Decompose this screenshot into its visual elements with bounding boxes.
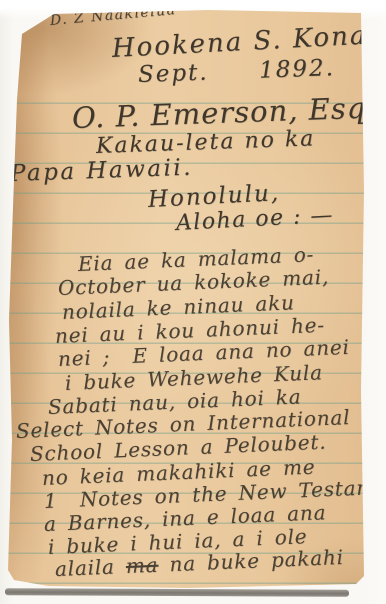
recipient-org-line: Papa Hawaii. — [10, 157, 194, 186]
salutation: Aloha oe : — — [175, 205, 334, 235]
letter-paper: D. Z Naakielua Hookena S. Kona Sept. 189… — [8, 10, 364, 588]
strikethrough-word: ma — [125, 553, 158, 578]
body-line-text: alaila — [54, 554, 126, 581]
paper-bottom-edge-shadow — [5, 588, 349, 597]
recipient-name: O. P. Emerson, Esq — [71, 94, 366, 133]
recipient-role-line: Kakau-leta no ka — [96, 128, 316, 158]
dateline-date: Sept. 1892. — [138, 57, 336, 87]
annotation-name: D. Z Naakielua — [49, 3, 177, 28]
scan-background: D. Z Naakielua Hookena S. Kona Sept. 189… — [0, 0, 386, 604]
superscript-letters: nt — [376, 476, 386, 489]
